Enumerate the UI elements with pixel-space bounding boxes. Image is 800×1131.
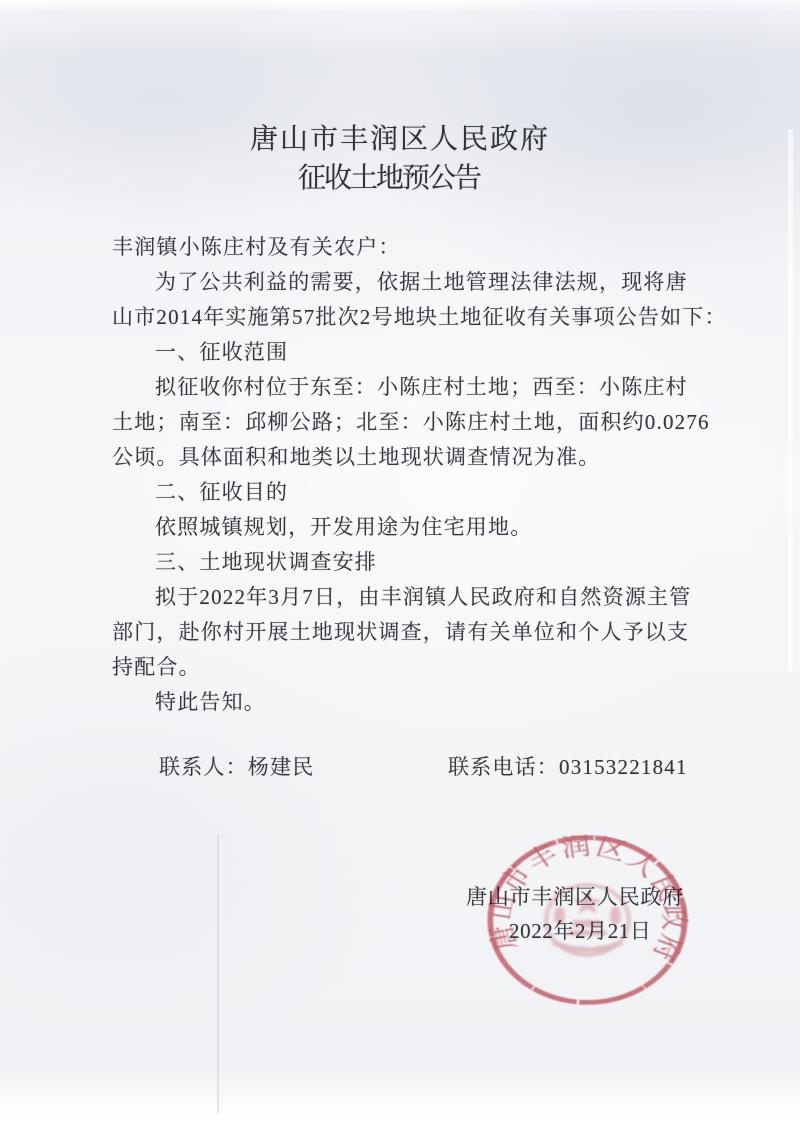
scanned-announcement-page: 唐山市丰润区人民政府 征收土地预公告 丰润镇小陈庄村及有关农户： 为了公共利益的… <box>0 0 800 1131</box>
body-line: 为了公共利益的需要，依据土地管理法律法规，现将唐 <box>112 265 692 300</box>
salutation-line: 丰润镇小陈庄村及有关农户： <box>112 230 692 265</box>
body-line: 持配合。 <box>112 650 692 685</box>
official-seal: 唐山市丰润区人民政府 <box>466 817 709 1023</box>
document-title: 唐山市丰润区人民政府 征收土地预公告 <box>0 120 800 198</box>
body-line: 拟征收你村位于东至：小陈庄村土地；西至：小陈庄村 <box>112 370 692 405</box>
section-heading-3: 三、土地现状调查安排 <box>112 545 692 580</box>
contact-row: 联系人：杨建民 联系电话：03153221841 <box>0 750 800 785</box>
contact-phone: 联系电话：03153221841 <box>448 750 688 785</box>
body-line: 公顷。具体面积和地类以土地现状调查情况为准。 <box>112 440 692 475</box>
body-line: 土地；南至：邱柳公路；北至：小陈庄村土地，面积约0.0276 <box>112 405 692 440</box>
document-title-issuer: 唐山市丰润区人民政府 <box>0 120 800 160</box>
document-body: 丰润镇小陈庄村及有关农户： 为了公共利益的需要，依据土地管理法律法规，现将唐 山… <box>112 230 692 720</box>
seal-emblem-icon <box>546 885 629 955</box>
section-heading-1: 一、征收范围 <box>112 335 692 370</box>
scan-edge-highlight <box>788 130 793 670</box>
scan-crease-line <box>217 835 219 1113</box>
document-title-subject: 征收土地预公告 <box>0 160 800 198</box>
closing-line: 特此告知。 <box>112 685 692 720</box>
body-line: 依照城镇规划，开发用途为住宅用地。 <box>112 510 692 545</box>
section-heading-2: 二、征收目的 <box>112 475 692 510</box>
body-line: 拟于2022年3月7日，由丰润镇人民政府和自然资源主管 <box>112 580 692 615</box>
body-line: 山市2014年实施第57批次2号地块土地征收有关事项公告如下： <box>112 300 692 335</box>
body-line: 部门，赴你村开展土地现状调查，请有关单位和个人予以支 <box>112 615 692 650</box>
contact-person: 联系人：杨建民 <box>159 750 314 785</box>
